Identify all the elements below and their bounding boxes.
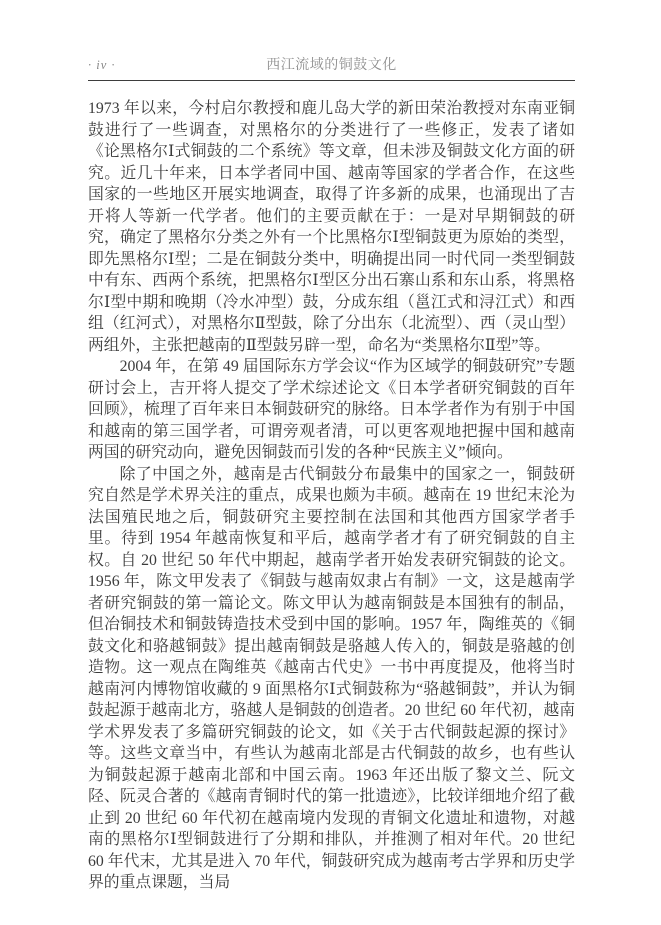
page: · iv · 西江流域的铜鼓文化 1973 年以来，今村启尔教授和鹿儿岛大学的新… [88, 0, 575, 894]
page-body: 1973 年以来，今村启尔教授和鹿儿岛大学的新田荣治教授对东南亚铜鼓进行了一些调… [88, 98, 575, 894]
paragraph-3: 除了中国之外，越南是古代铜鼓分布最集中的国家之一，铜鼓研究自然是学术界关注的重点… [88, 464, 575, 894]
paragraph-1: 1973 年以来，今村启尔教授和鹿儿岛大学的新田荣治教授对东南亚铜鼓进行了一些调… [88, 98, 575, 356]
running-title: 西江流域的铜鼓文化 [88, 54, 575, 74]
paragraph-2: 2004 年，在第 49 届国际东方学会议“作为区域学的铜鼓研究”专题研讨会上，… [88, 356, 575, 464]
page-header: · iv · 西江流域的铜鼓文化 [88, 0, 575, 81]
